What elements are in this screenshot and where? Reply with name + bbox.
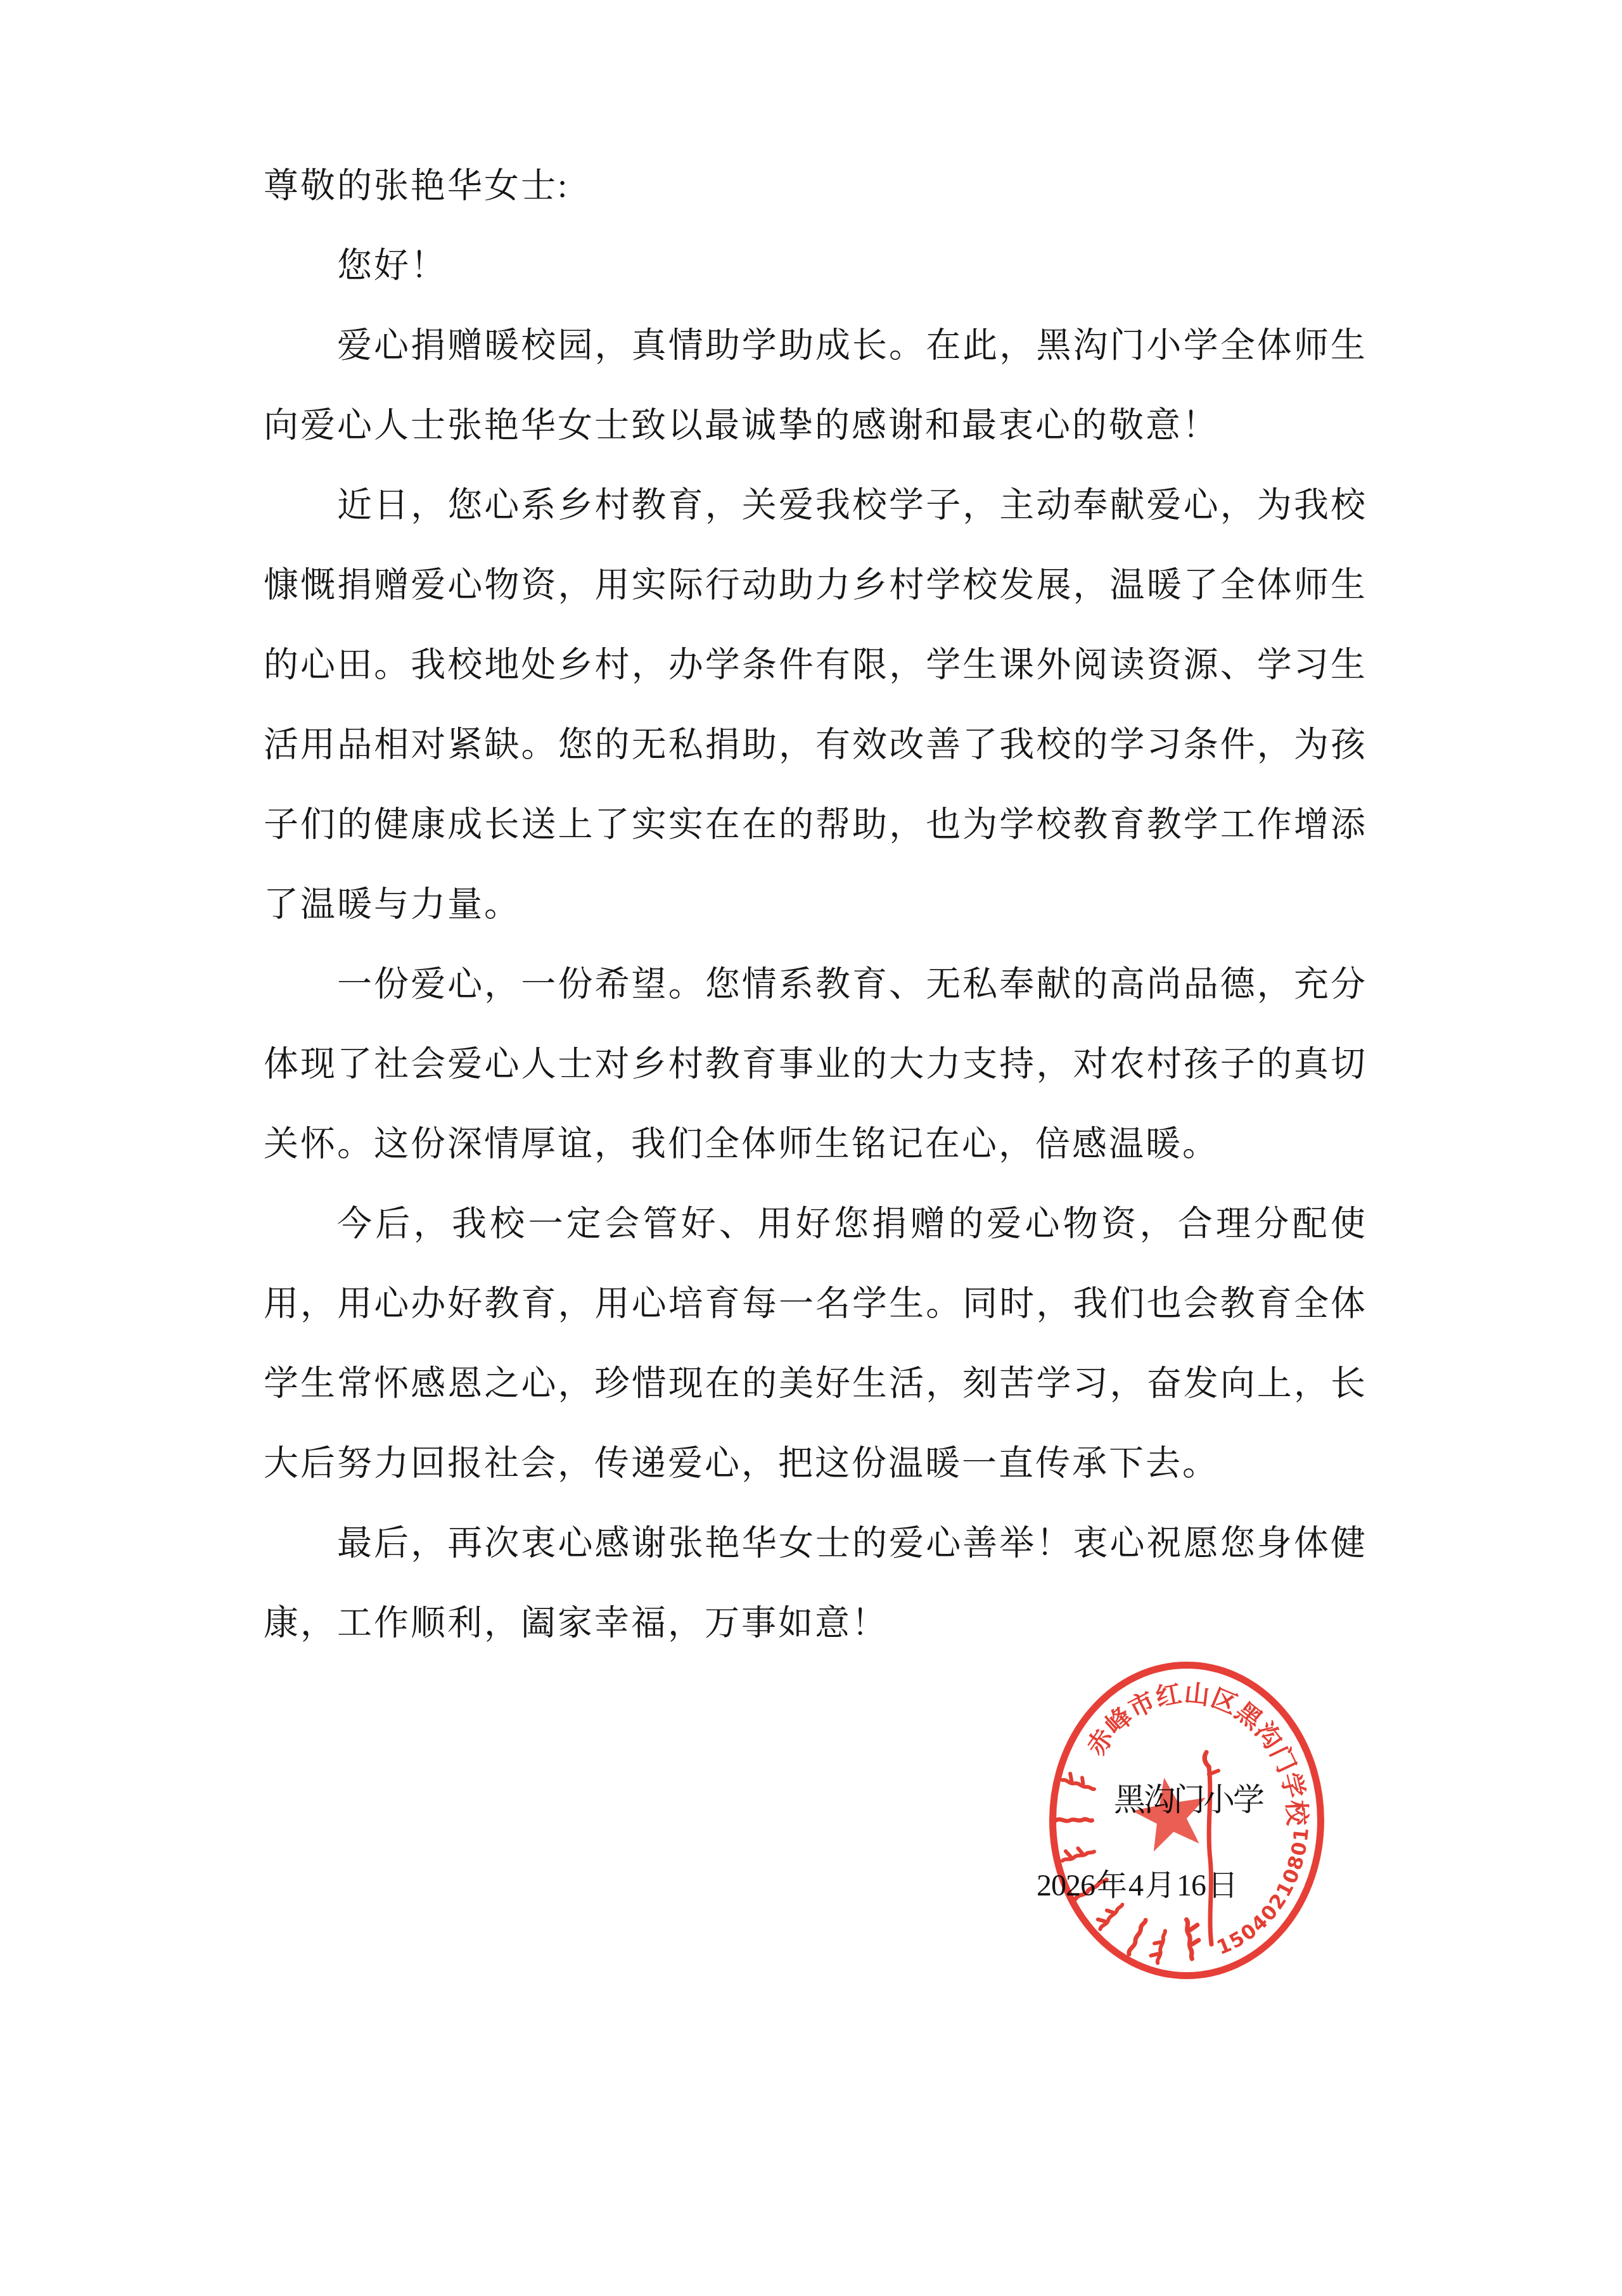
greeting-line: 尊敬的张艳华女士: — [264, 146, 1367, 226]
paragraph-hello: 您好！ — [264, 226, 1367, 305]
school-seal-stamp: 赤峰市红山区黑沟门学校 15040210801602 — [1039, 1654, 1337, 1990]
paragraph-opening: 爱心捐赠暖校园，真情助学助成长。在此，黑沟门小学全体师生向爱心人士张艳华女士致以… — [264, 305, 1367, 465]
paragraph-closing: 最后，再次衷心感谢张艳华女士的爱心善举！衷心祝愿您身体健康，工作顺利，阖家幸福，… — [264, 1503, 1367, 1663]
paragraph-donation: 近日，您心系乡村教育，关爱我校学子，主动奉献爱心，为我校慷慨捐赠爱心物资，用实际… — [264, 465, 1367, 944]
paragraph-promise: 今后，我校一定会管好、用好您捐赠的爱心物资，合理分配使用，用心办好教育，用心培育… — [264, 1184, 1367, 1503]
star-icon — [1132, 1778, 1206, 1852]
letter-body: 尊敬的张艳华女士: 您好！ 爱心捐赠暖校园，真情助学助成长。在此，黑沟门小学全体… — [264, 146, 1367, 1663]
paragraph-praise: 一份爱心，一份希望。您情系教育、无私奉献的高尚品德，充分体现了社会爱心人士对乡村… — [264, 944, 1367, 1184]
mongolian-script-marks — [1056, 1752, 1218, 1963]
